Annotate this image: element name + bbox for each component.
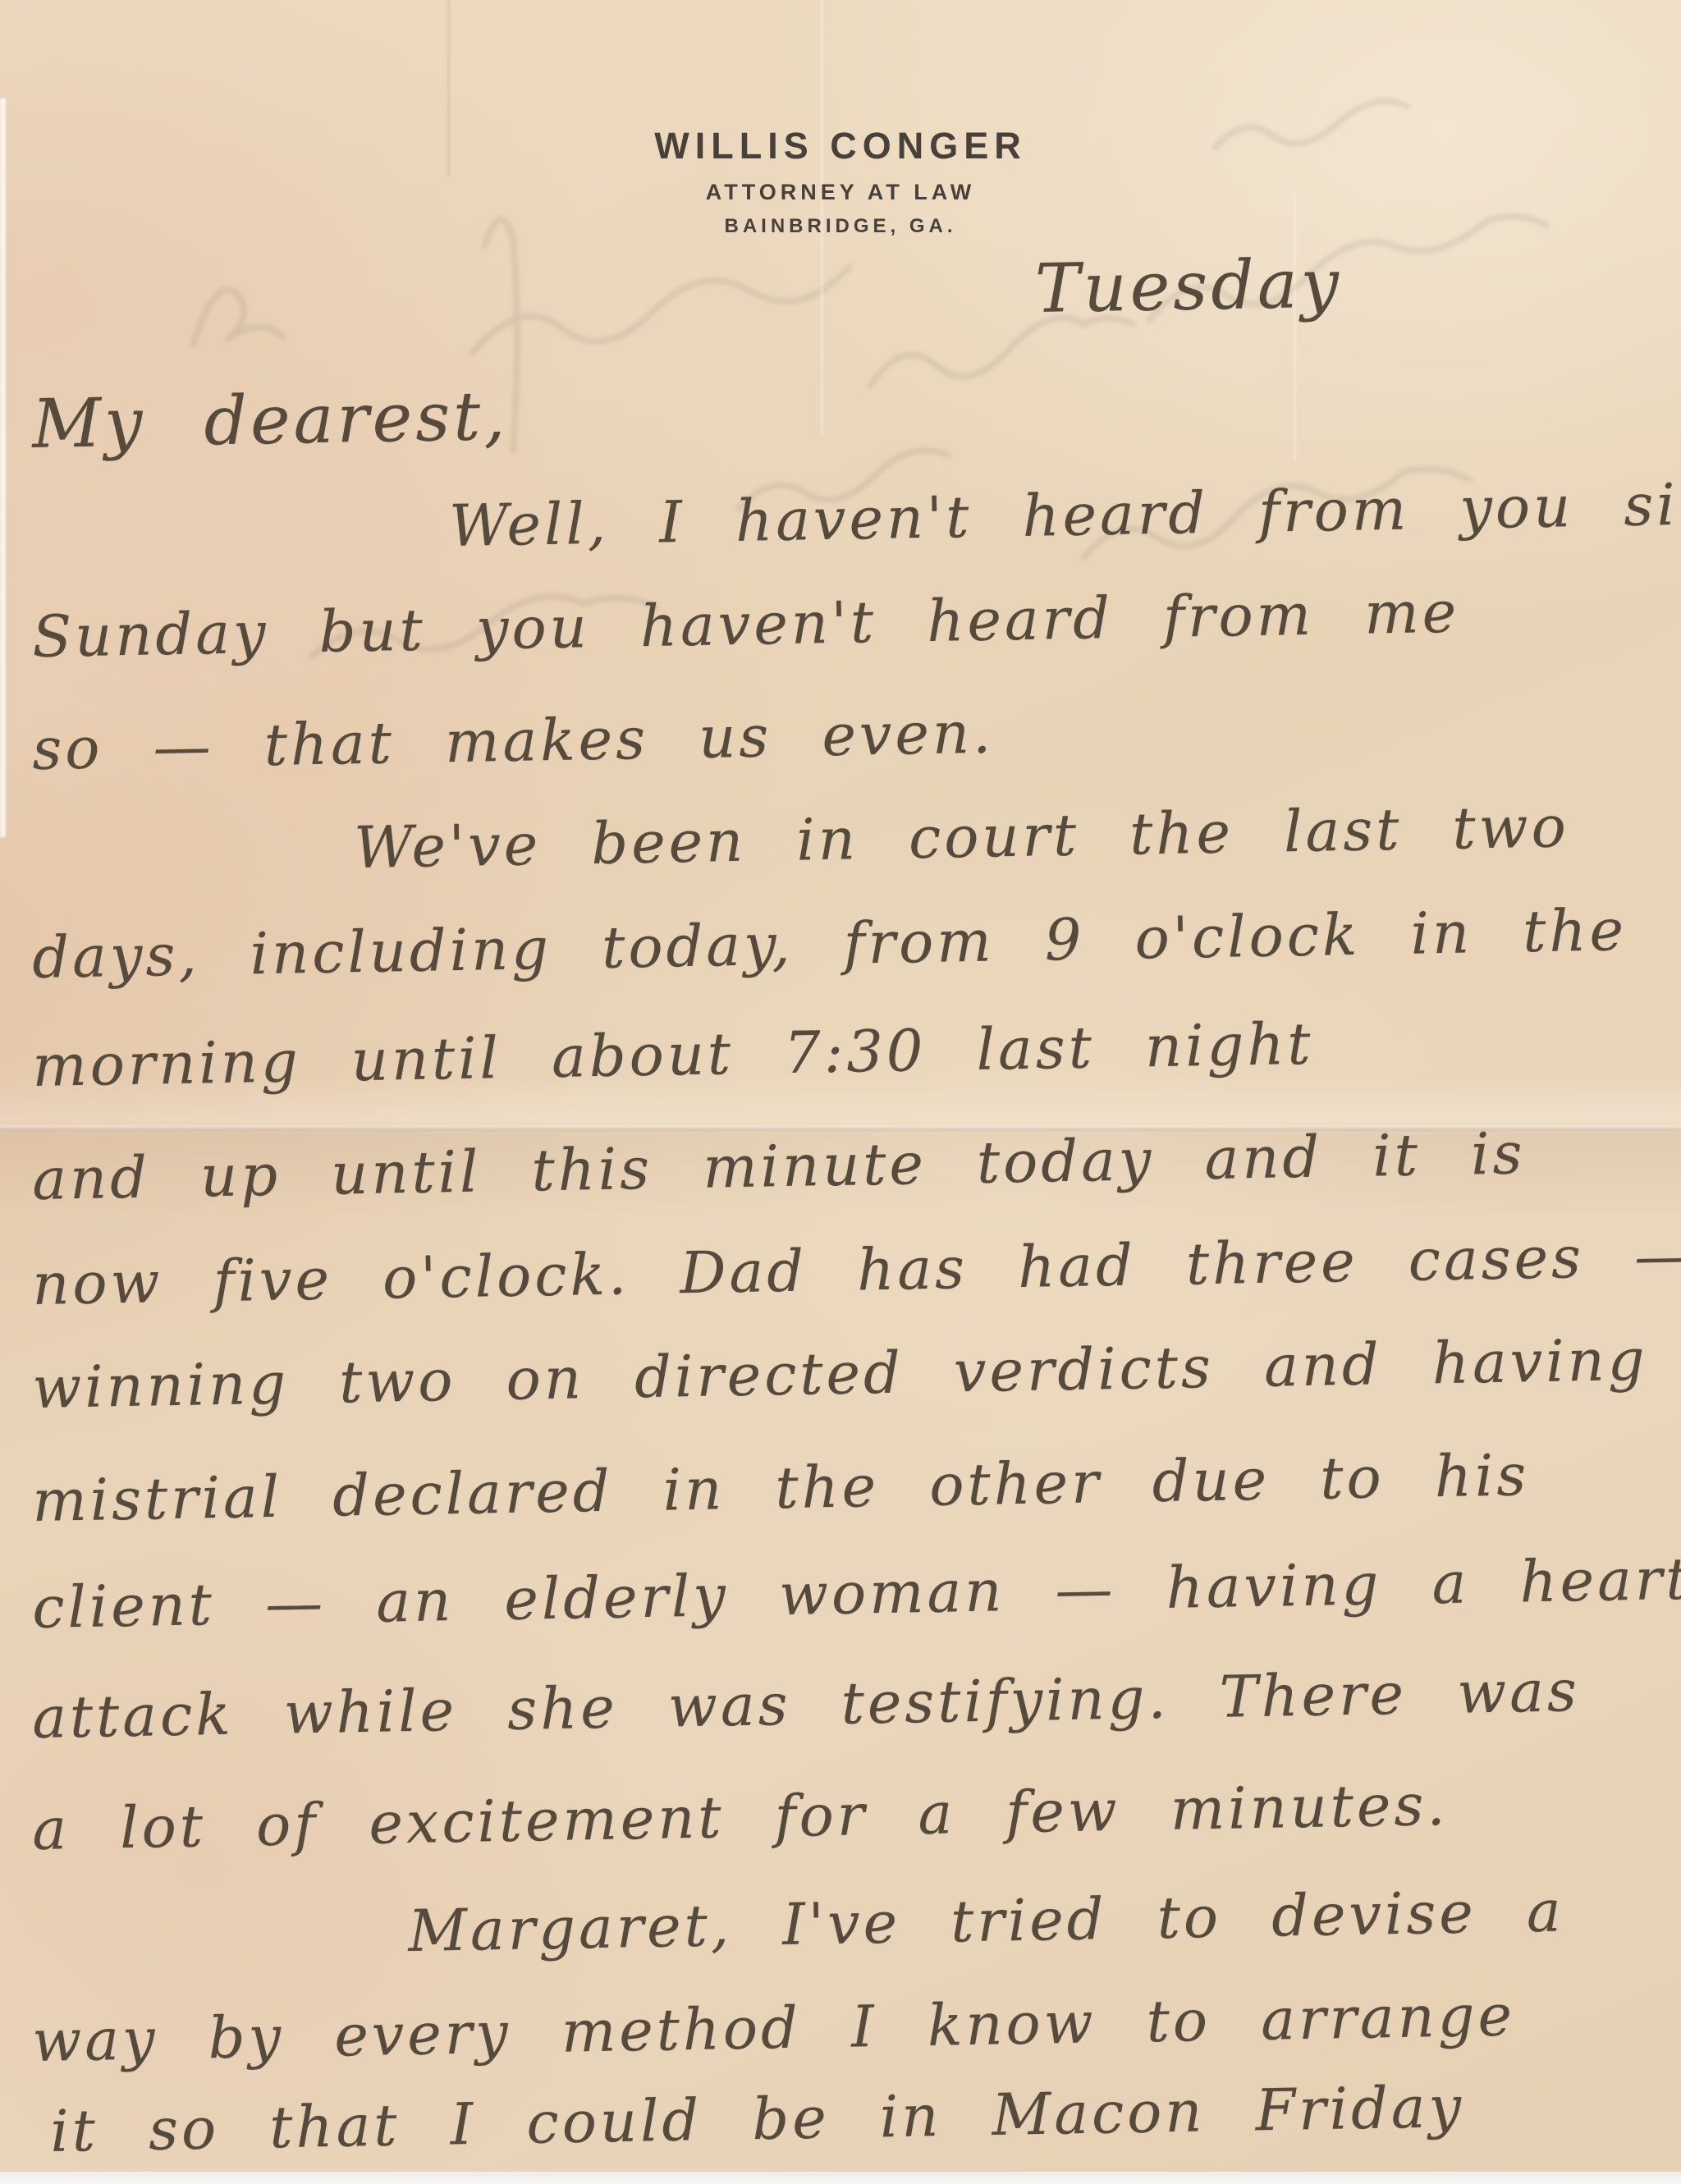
letterhead-title: ATTORNEY AT LAW [0,180,1681,205]
letterhead-name: WILLIS CONGER [0,125,1681,167]
letterhead-location: BAINBRIDGE, GA. [0,215,1681,238]
letterhead: WILLIS CONGER ATTORNEY AT LAW BAINBRIDGE… [0,125,1681,238]
letter-salutation: My dearest, [31,378,509,464]
scan-background-strip [0,2172,1681,2184]
letter-date: Tuesday [1034,245,1342,328]
